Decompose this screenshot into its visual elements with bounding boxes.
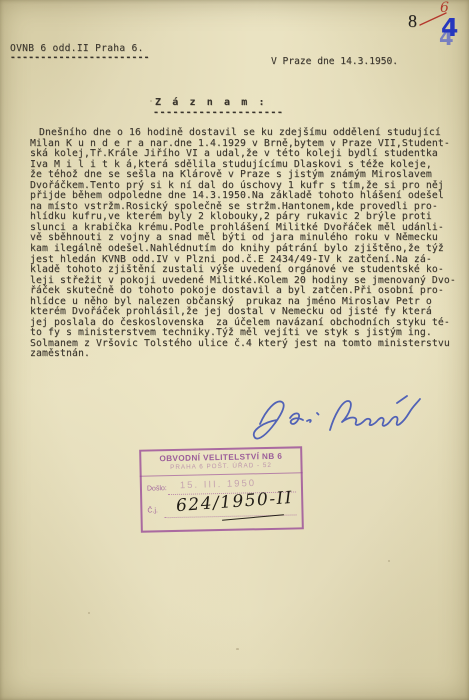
record-text-line: Solmanem z Vršovic Tolstého ulice č.4 kt… xyxy=(30,339,456,350)
office-underline: ----------------------- xyxy=(10,52,150,63)
handwritten-blue-number: 4 xyxy=(441,13,458,42)
document-page: 8 6 4 4 OVNB 6 odd.II Praha 6. ---------… xyxy=(0,0,469,700)
paper-speck xyxy=(236,648,239,650)
stamp-received-label: Došlo: xyxy=(147,485,167,492)
date-line: V Praze dne 14.3.1950. xyxy=(271,56,398,67)
stamp-received-date: 15. III. 1950 xyxy=(180,478,256,491)
paper-speck xyxy=(388,560,390,562)
record-text-line: zaměstnán. xyxy=(30,349,456,360)
paper-speck xyxy=(150,100,152,102)
stamp-divider xyxy=(140,472,303,476)
record-text: Dnešního dne o 16 hodině dostavil se ku … xyxy=(30,128,456,360)
signature-jar-rosicky xyxy=(246,390,426,448)
record-title-underline: -------------------- xyxy=(153,107,283,118)
record-text-line: Dnešního dne o 16 hodině dostavil se ku … xyxy=(30,128,456,139)
paper-speck xyxy=(88,612,90,614)
record-text-line: kam ilegálně odešel.Nahlédnutím do knihy… xyxy=(30,244,456,255)
stamp-ref-label: Č.j. xyxy=(147,507,158,514)
